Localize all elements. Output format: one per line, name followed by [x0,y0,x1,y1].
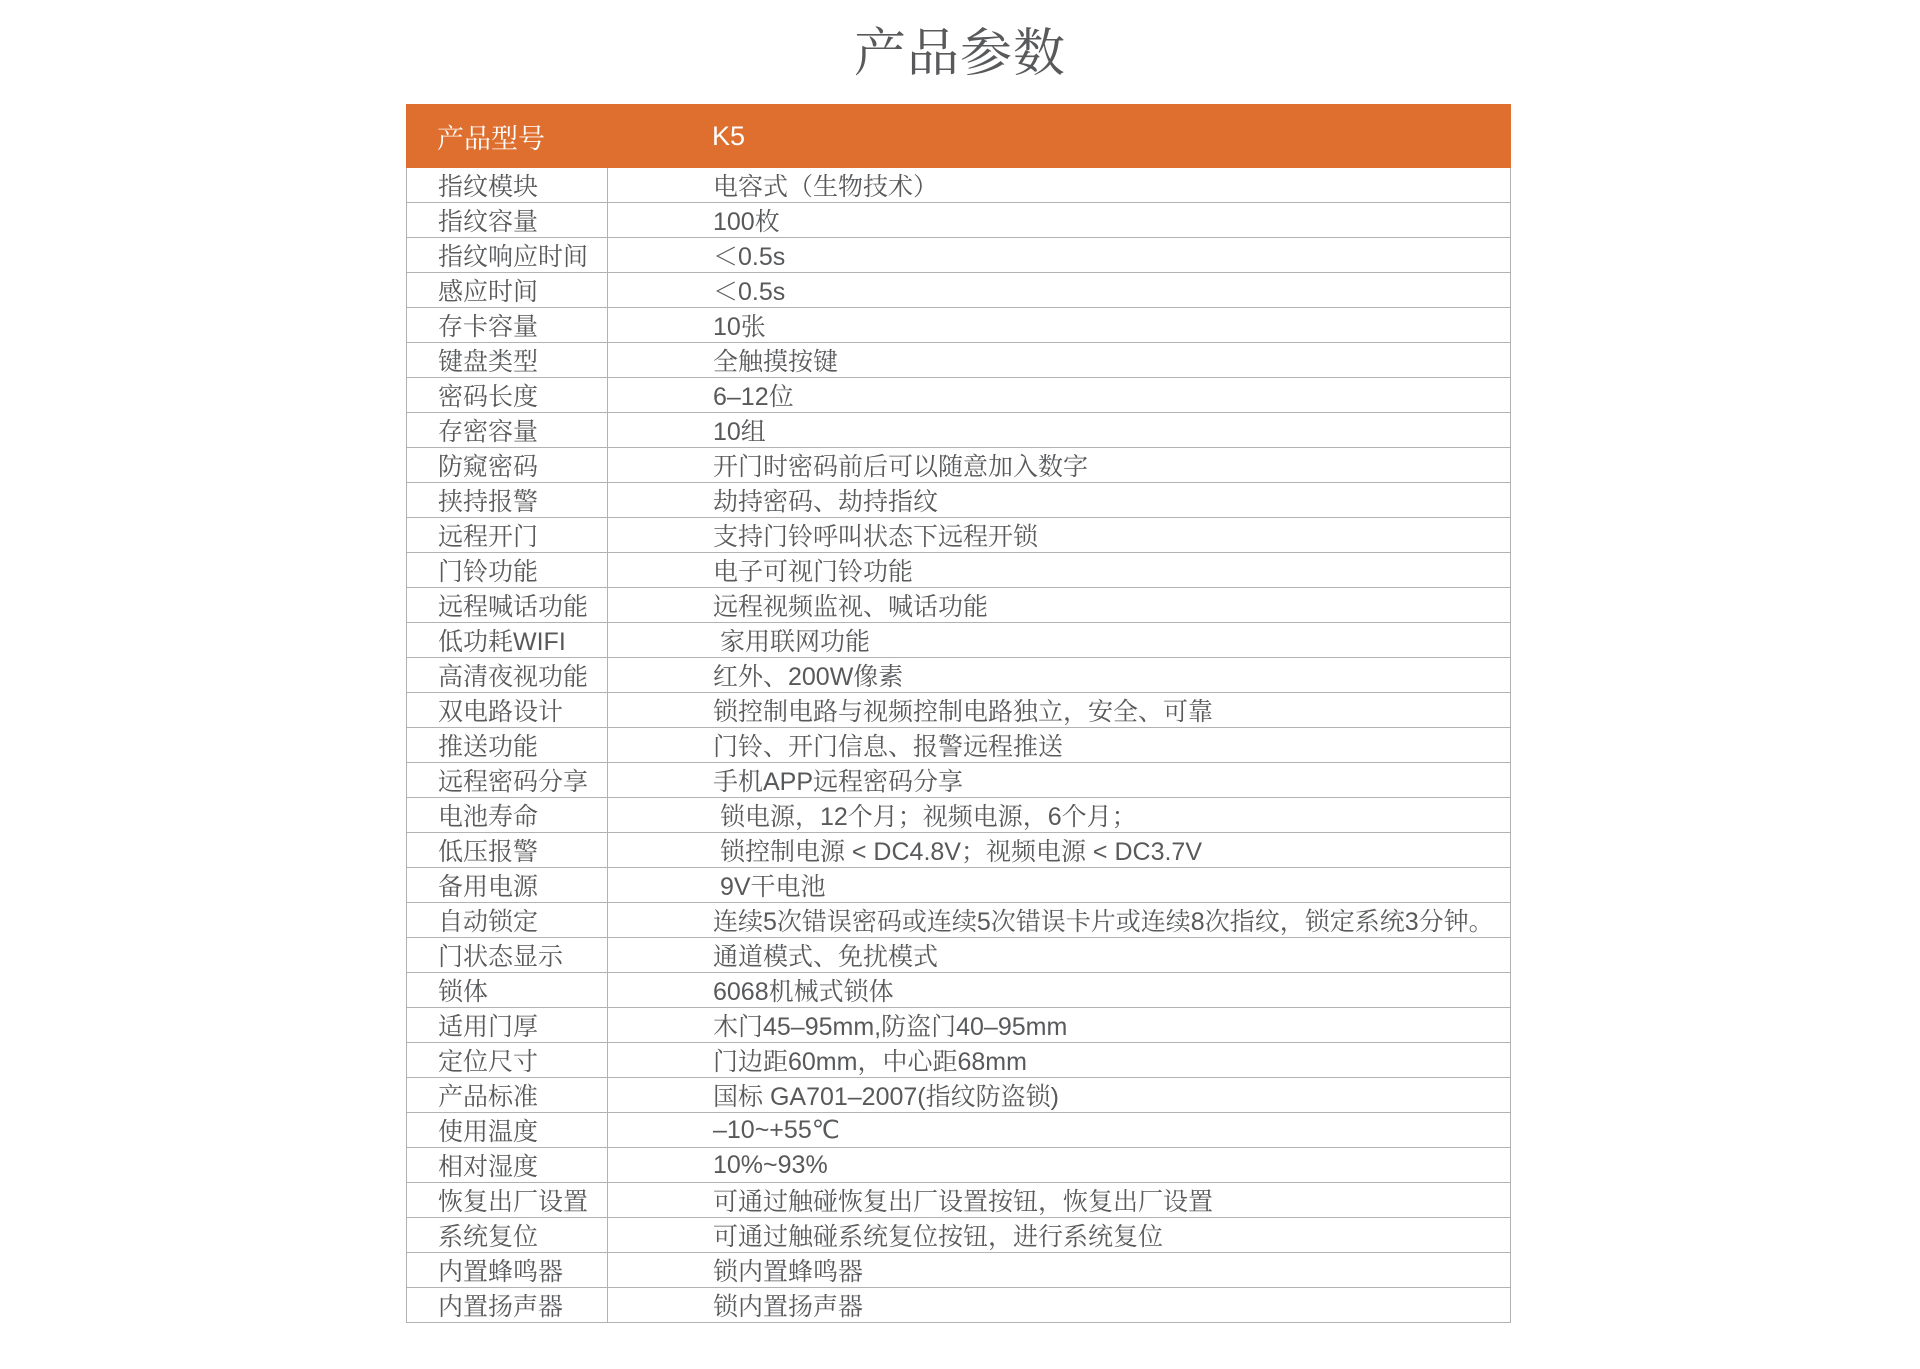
row-label: 高清夜视功能 [407,658,608,692]
row-value: 9V干电池 [608,868,1510,902]
table-row: 存密容量10组 [407,413,1510,448]
table-row: 感应时间＜0.5s [407,273,1510,308]
table-row: 低功耗WIFI 家用联网功能 [407,623,1510,658]
row-label: 自动锁定 [407,903,608,937]
row-value: 开门时密码前后可以随意加入数字 [608,448,1510,482]
table-row: 低压报警 锁控制电源 < DC4.8V；视频电源 < DC3.7V [407,833,1510,868]
table-row: 高清夜视功能红外、200W像素 [407,658,1510,693]
row-value: 木门45–95mm,防盗门40–95mm [608,1008,1510,1042]
row-value: 可通过触碰恢复出厂设置按钮，恢复出厂设置 [608,1183,1510,1217]
row-label: 指纹模块 [407,168,608,202]
row-label: 键盘类型 [407,343,608,377]
row-label: 门铃功能 [407,553,608,587]
table-row: 内置扬声器锁内置扬声器 [407,1288,1510,1323]
row-value: 锁电源，12个月；视频电源，6个月； [608,798,1510,832]
table-row: 内置蜂鸣器锁内置蜂鸣器 [407,1253,1510,1288]
table-row: 门铃功能电子可视门铃功能 [407,553,1510,588]
table-row: 使用温度–10~+55℃ [407,1113,1510,1148]
table-row: 相对湿度10%~93% [407,1148,1510,1183]
row-label: 远程密码分享 [407,763,608,797]
product-parameters-page: 产品参数 产品型号 K5 指纹模块电容式（生物技术）指纹容量100枚指纹响应时间… [0,0,1920,1369]
table-row: 指纹模块电容式（生物技术） [407,168,1510,203]
row-value: 6068机械式锁体 [608,973,1510,1007]
row-label: 挟持报警 [407,483,608,517]
table-row: 系统复位可通过触碰系统复位按钮，进行系统复位 [407,1218,1510,1253]
row-label: 使用温度 [407,1113,608,1147]
row-value: 锁控制电路与视频控制电路独立，安全、可靠 [608,693,1510,727]
row-value: 可通过触碰系统复位按钮，进行系统复位 [608,1218,1510,1252]
table-row: 自动锁定连续5次错误密码或连续5次错误卡片或连续8次指纹，锁定系统3分钟。 [407,903,1510,938]
table-row: 电池寿命 锁电源，12个月；视频电源，6个月； [407,798,1510,833]
header-value: K5 [607,104,1511,168]
header-label: 产品型号 [406,104,607,168]
table-row: 防窥密码开门时密码前后可以随意加入数字 [407,448,1510,483]
row-label: 双电路设计 [407,693,608,727]
table-row: 适用门厚木门45–95mm,防盗门40–95mm [407,1008,1510,1043]
row-value: 10组 [608,413,1510,447]
table-row: 定位尺寸门边距60mm，中心距68mm [407,1043,1510,1078]
row-label: 内置扬声器 [407,1288,608,1322]
row-value: 连续5次错误密码或连续5次错误卡片或连续8次指纹，锁定系统3分钟。 [608,903,1510,937]
row-value: 通道模式、免扰模式 [608,938,1510,972]
row-value: 电容式（生物技术） [608,168,1510,202]
row-label: 恢复出厂设置 [407,1183,608,1217]
row-label: 电池寿命 [407,798,608,832]
row-value: 家用联网功能 [608,623,1510,657]
table-row: 远程开门支持门铃呼叫状态下远程开锁 [407,518,1510,553]
row-value: 100枚 [608,203,1510,237]
row-label: 产品标准 [407,1078,608,1112]
row-label: 感应时间 [407,273,608,307]
row-label: 低压报警 [407,833,608,867]
row-value: ＜0.5s [608,273,1510,307]
row-label: 指纹响应时间 [407,238,608,272]
row-value: –10~+55℃ [608,1113,1510,1147]
row-label: 密码长度 [407,378,608,412]
row-label: 远程开门 [407,518,608,552]
row-value: 红外、200W像素 [608,658,1510,692]
row-label: 适用门厚 [407,1008,608,1042]
row-label: 远程喊话功能 [407,588,608,622]
row-value: ＜0.5s [608,238,1510,272]
table-row: 密码长度6–12位 [407,378,1510,413]
row-value: 6–12位 [608,378,1510,412]
row-value: 锁内置蜂鸣器 [608,1253,1510,1287]
row-label: 定位尺寸 [407,1043,608,1077]
row-value: 远程视频监视、喊话功能 [608,588,1510,622]
row-value: 支持门铃呼叫状态下远程开锁 [608,518,1510,552]
table-row: 备用电源 9V干电池 [407,868,1510,903]
row-value: 锁内置扬声器 [608,1288,1510,1322]
row-value: 国标 GA701–2007(指纹防盗锁) [608,1078,1510,1112]
row-value: 劫持密码、劫持指纹 [608,483,1510,517]
table-row: 存卡容量10张 [407,308,1510,343]
row-label: 相对湿度 [407,1148,608,1182]
table-row: 远程密码分享手机APP远程密码分享 [407,763,1510,798]
row-label: 防窥密码 [407,448,608,482]
table-row: 键盘类型全触摸按键 [407,343,1510,378]
row-label: 备用电源 [407,868,608,902]
row-value: 全触摸按键 [608,343,1510,377]
row-label: 存卡容量 [407,308,608,342]
row-label: 系统复位 [407,1218,608,1252]
row-label: 内置蜂鸣器 [407,1253,608,1287]
table-row: 双电路设计锁控制电路与视频控制电路独立，安全、可靠 [407,693,1510,728]
row-label: 推送功能 [407,728,608,762]
row-value: 锁控制电源 < DC4.8V；视频电源 < DC3.7V [608,833,1510,867]
row-label: 门状态显示 [407,938,608,972]
table-row: 锁体6068机械式锁体 [407,973,1510,1008]
table-row: 指纹容量100枚 [407,203,1510,238]
spec-table: 产品型号 K5 指纹模块电容式（生物技术）指纹容量100枚指纹响应时间＜0.5s… [406,104,1511,1323]
table-body: 指纹模块电容式（生物技术）指纹容量100枚指纹响应时间＜0.5s感应时间＜0.5… [406,168,1511,1323]
row-label: 锁体 [407,973,608,1007]
row-label: 指纹容量 [407,203,608,237]
page-title: 产品参数 [0,24,1920,84]
row-value: 10张 [608,308,1510,342]
row-label: 存密容量 [407,413,608,447]
table-header-row: 产品型号 K5 [406,104,1511,168]
table-row: 指纹响应时间＜0.5s [407,238,1510,273]
row-label: 低功耗WIFI [407,623,608,657]
row-value: 手机APP远程密码分享 [608,763,1510,797]
table-row: 远程喊话功能远程视频监视、喊话功能 [407,588,1510,623]
row-value: 电子可视门铃功能 [608,553,1510,587]
table-row: 产品标准国标 GA701–2007(指纹防盗锁) [407,1078,1510,1113]
table-row: 门状态显示通道模式、免扰模式 [407,938,1510,973]
table-row: 恢复出厂设置可通过触碰恢复出厂设置按钮，恢复出厂设置 [407,1183,1510,1218]
table-row: 推送功能门铃、开门信息、报警远程推送 [407,728,1510,763]
row-value: 门边距60mm，中心距68mm [608,1043,1510,1077]
row-value: 门铃、开门信息、报警远程推送 [608,728,1510,762]
table-row: 挟持报警劫持密码、劫持指纹 [407,483,1510,518]
row-value: 10%~93% [608,1148,1510,1182]
